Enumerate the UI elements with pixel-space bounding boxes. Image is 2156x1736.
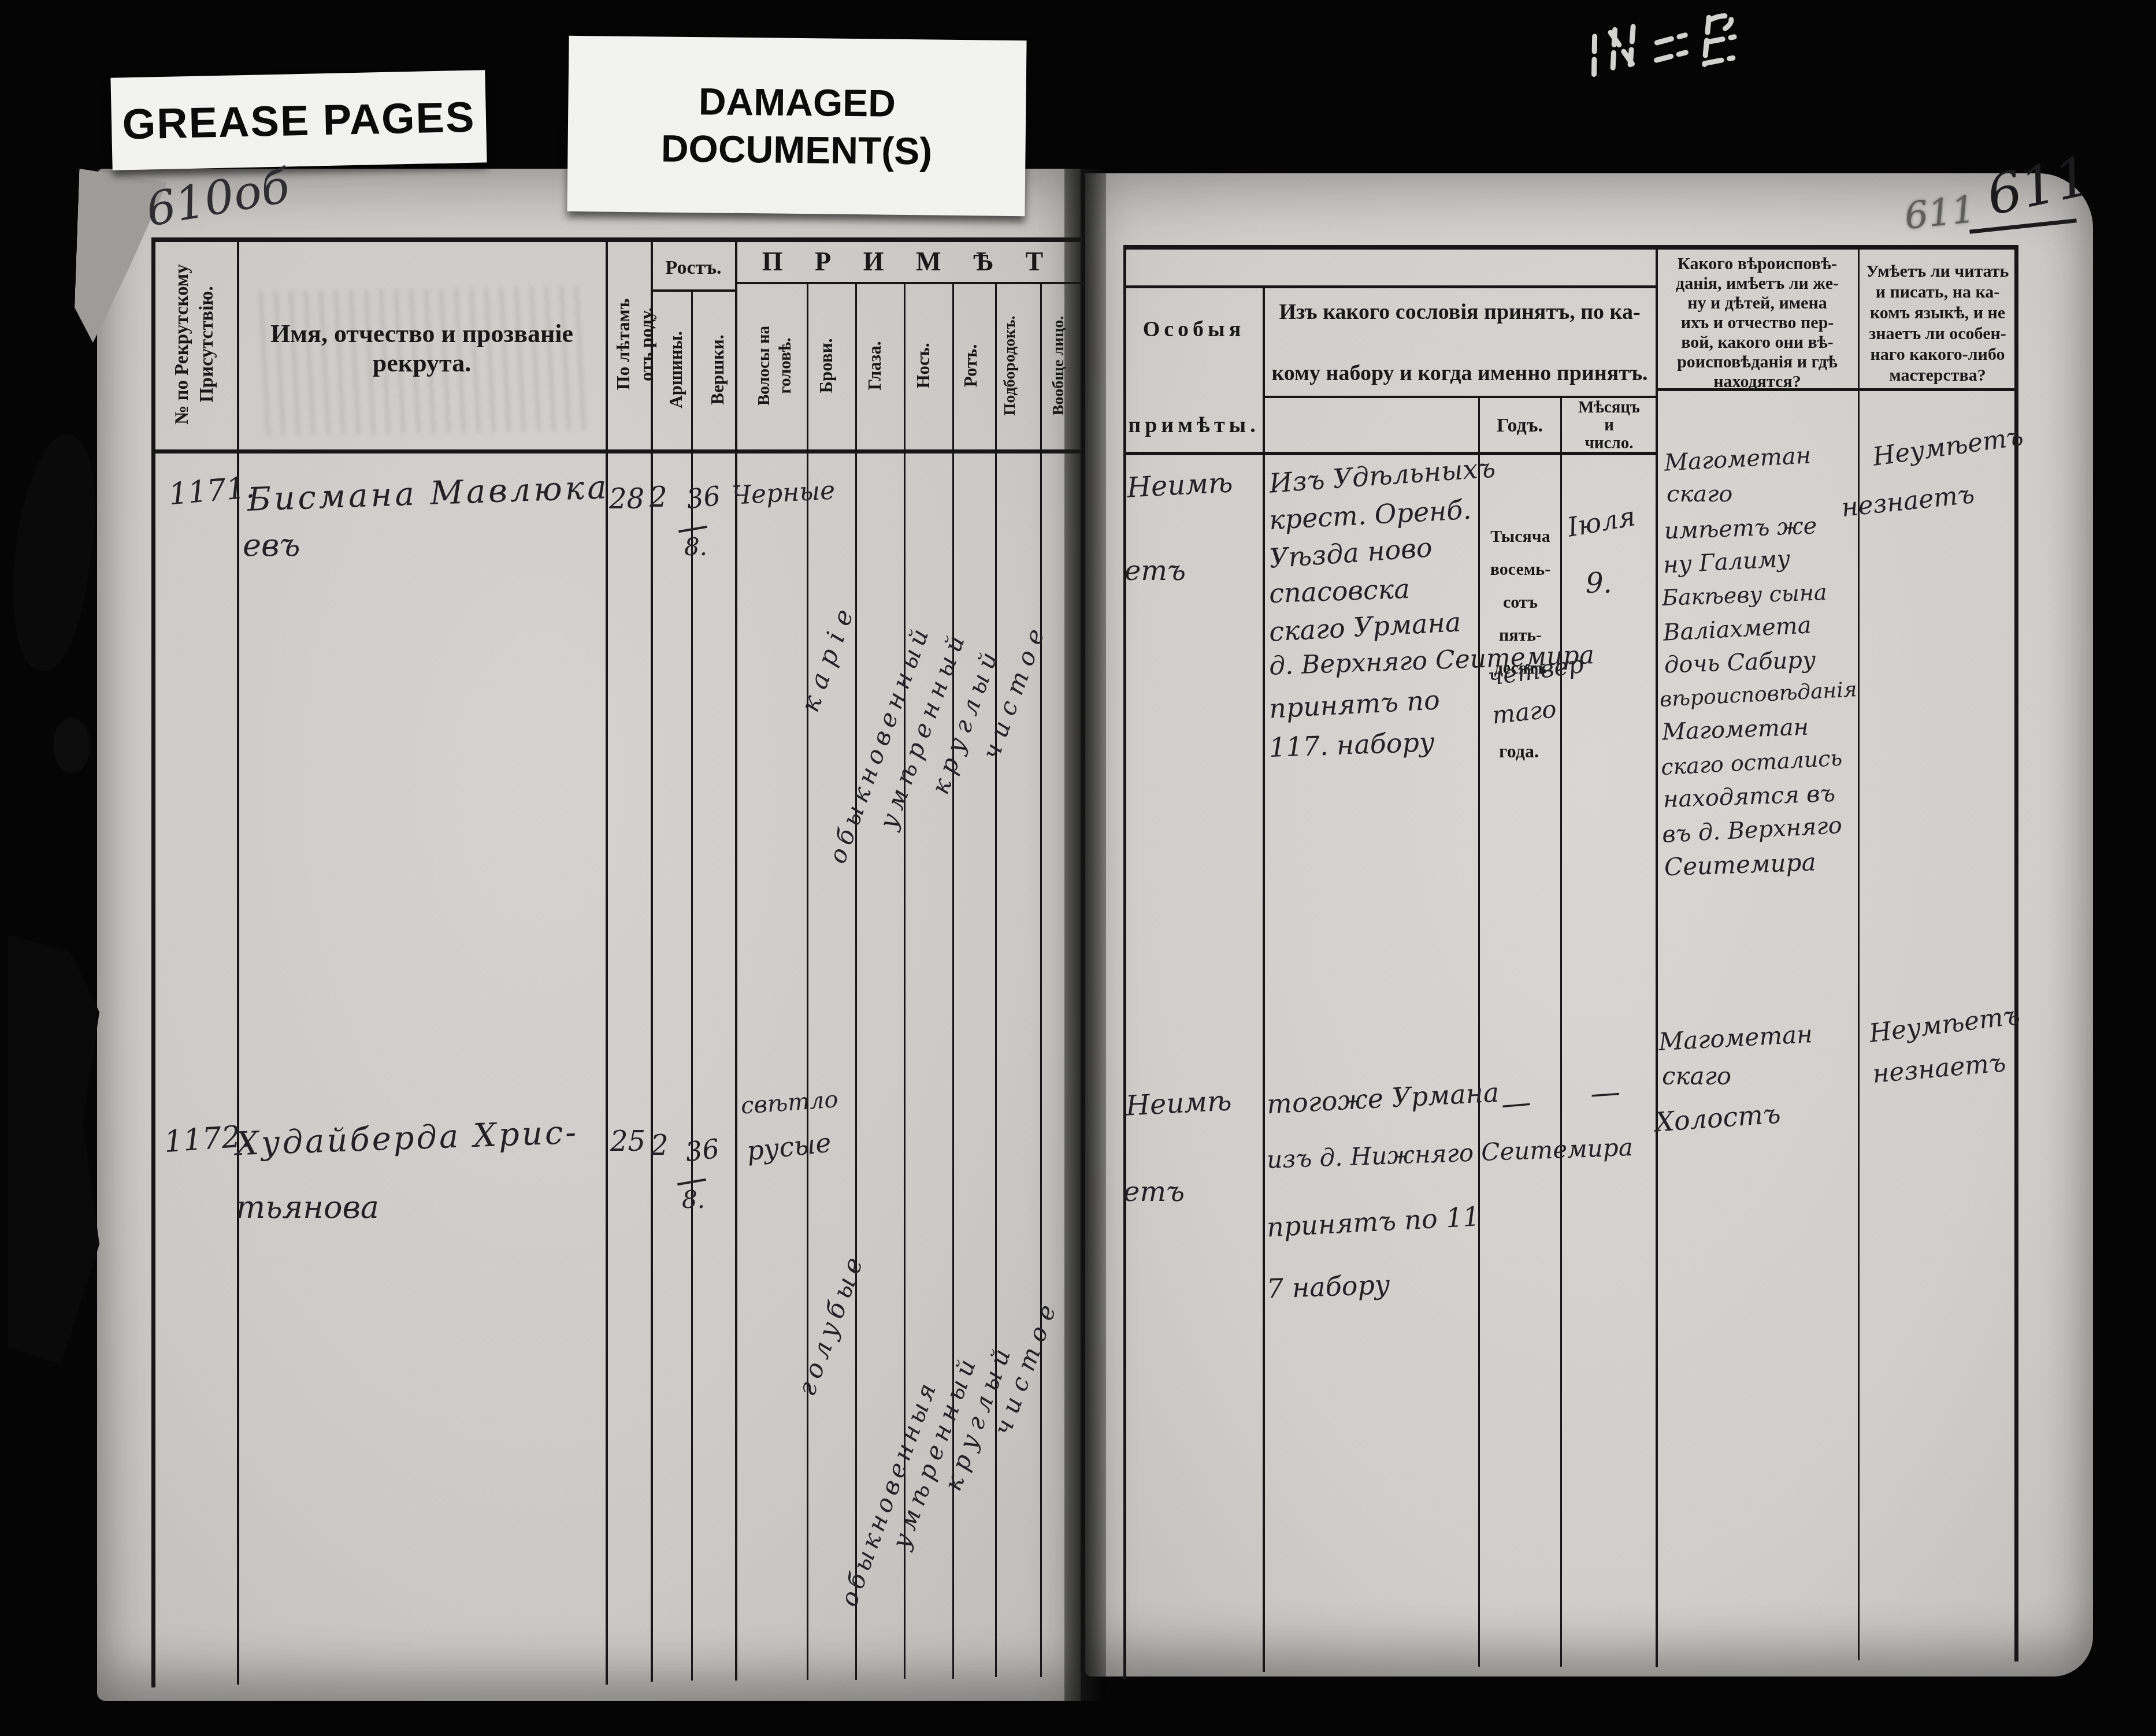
header-line: Присутствію. — [195, 244, 220, 445]
header-line: Мѣсяцъ — [1561, 399, 1657, 417]
header-line: Особыя — [1143, 317, 1245, 342]
column-header-glaza: Глаза. — [864, 285, 885, 446]
grease-pages-label: GREASE PAGES — [110, 70, 487, 170]
soslovie-line: 117. набору — [1268, 726, 1435, 763]
vershok-value-bottom: 8. — [684, 533, 707, 561]
header-line: комъ языкѣ, и не — [1862, 303, 2013, 324]
year-printed-end: года. — [1499, 741, 1539, 762]
soslovie-line: спасовска — [1268, 573, 1410, 609]
primety-band-text: П Р И М Ѣ Т — [762, 246, 1056, 277]
column-header-vershki: Вершки. — [707, 295, 728, 445]
column-header-volosy: Волосы на головѣ. — [754, 285, 796, 446]
header-line: роисповѣданія и гдѣ — [1660, 352, 1855, 372]
column-header-rot: Ротъ. — [960, 285, 981, 446]
vershok-value-top: 36 — [684, 1133, 721, 1168]
column-header-litso: Вообще лицо. — [1049, 285, 1068, 446]
religion-line: Сеитемира — [1664, 847, 1816, 881]
column-header-religion: Какого вѣроисповѣ- данія, имѣетъ ли же- … — [1660, 254, 1855, 392]
binding-blob — [0, 430, 109, 676]
day-value: 9. — [1586, 567, 1612, 600]
arshin-value: 2 — [650, 481, 667, 514]
column-header-god: Годъ. — [1478, 403, 1561, 449]
year-printed-line: Тысяча — [1480, 520, 1560, 553]
binding-blob — [8, 935, 99, 1365]
damaged-document-label: DAMAGED DOCUMENT(S) — [567, 36, 1026, 216]
year-dash: — — [1500, 1085, 1532, 1122]
column-header-literacy: Умѣетъ ли читать и писать, на ка- комъ я… — [1862, 261, 2013, 386]
header-line: головѣ. — [775, 285, 796, 446]
binding-blob — [53, 718, 90, 773]
column-header-nos: Носъ. — [913, 285, 934, 446]
header-line: число. — [1561, 434, 1657, 452]
header-line: и писать, на ка- — [1862, 282, 2013, 303]
column-header-name: Имя, отчество и прозваніе рекрута. — [240, 248, 603, 448]
age-value: 28 — [609, 483, 644, 515]
header-line: знаетъ ли особен- — [1862, 324, 2013, 344]
religion-line: скаго — [1667, 481, 1732, 507]
month-dash: — — [1589, 1075, 1621, 1111]
header-line: Волосы на — [754, 285, 775, 446]
soslovie-line: 7 набору — [1266, 1269, 1390, 1304]
vershok-value-bottom: 8. — [682, 1185, 705, 1214]
religion-line: Магометан — [1661, 714, 1809, 746]
header-rost-text: Ростъ. — [665, 257, 721, 279]
arshin-value: 2 — [651, 1129, 669, 1162]
header-line: Какого вѣроисповѣ- — [1660, 254, 1855, 274]
center-fold — [1064, 169, 1106, 1701]
header-name-text: Имя, отчество и прозваніе рекрута. — [240, 319, 603, 378]
header-line: примѣты. — [1128, 412, 1259, 438]
column-header-brovi: Брови. — [816, 285, 837, 446]
hair-value: Черные — [731, 475, 836, 510]
column-header-rost: Ростъ. — [651, 247, 736, 289]
header-line: кому набору и когда именно принятъ. — [1271, 360, 1647, 386]
damaged-document-text-line: DAMAGED — [699, 77, 896, 127]
column-header-soslovie: Изъ какого сословія принятъ, по ка- кому… — [1266, 299, 1654, 386]
header-line: № по Рекрутскому — [170, 244, 195, 445]
header-god-text: Годъ. — [1497, 415, 1543, 437]
primety-band-header: П Р И М Ѣ Т — [735, 243, 1083, 280]
religion-line: имѣетъ же — [1664, 512, 1817, 544]
vershok-value-top: 36 — [685, 480, 722, 515]
age-value: 25 — [610, 1125, 645, 1158]
page-number-right-pencil: 611 — [1902, 188, 1977, 238]
column-header-osobye-primety: Особыя примѣты. — [1128, 317, 1260, 438]
year-printed-line: восемь- — [1480, 553, 1560, 586]
header-line: ихъ и отчество пер- — [1660, 313, 1855, 333]
religion-line: дочь Сабиру — [1664, 646, 1816, 678]
special-marks-line: Неимѣ — [1126, 466, 1234, 504]
header-line: и — [1561, 417, 1657, 434]
recruit-name-line: евъ — [243, 527, 300, 563]
archival-photo: GREASE PAGES DAMAGED DOCUMENT(S) 610об 6… — [0, 0, 2156, 1736]
glare-scribble — [1580, 1, 1778, 90]
recruit-name-line: тьянова — [236, 1189, 379, 1225]
damaged-document-text-line: DOCUMENT(S) — [660, 125, 932, 175]
header-line: данія, имѣетъ ли же- — [1660, 274, 1855, 293]
religion-line: скаго — [1662, 1062, 1731, 1090]
special-marks-line: етъ — [1125, 555, 1186, 587]
header-line: наго какого-либо — [1862, 344, 2013, 365]
header-line: мастерства? — [1862, 365, 2013, 386]
header-line: Умѣетъ ли читать — [1862, 261, 2013, 282]
grease-pages-text: GREASE PAGES — [122, 92, 476, 148]
header-line: По лѣтамъ — [611, 244, 634, 445]
year-printed-line: сотъ пять- — [1480, 586, 1560, 652]
header-line: вой, какого они вѣ- — [1660, 333, 1855, 352]
header-line: находятся? — [1660, 372, 1855, 392]
special-marks-line: Неимѣ — [1125, 1084, 1233, 1122]
column-header-mesyats: Мѣсяцъ и число. — [1561, 399, 1657, 453]
column-header-arshiny: Аршины. — [666, 295, 686, 445]
header-line: Изъ какого сословія принятъ, по ка- — [1279, 299, 1640, 325]
header-line: ну и дѣтей, имена — [1660, 293, 1855, 313]
special-marks-line: етъ — [1123, 1176, 1185, 1208]
column-header-podborodok: Подбородокъ. — [1001, 285, 1019, 446]
column-header-recruit-number: № по Рекрутскому Присутствію. — [170, 244, 220, 445]
